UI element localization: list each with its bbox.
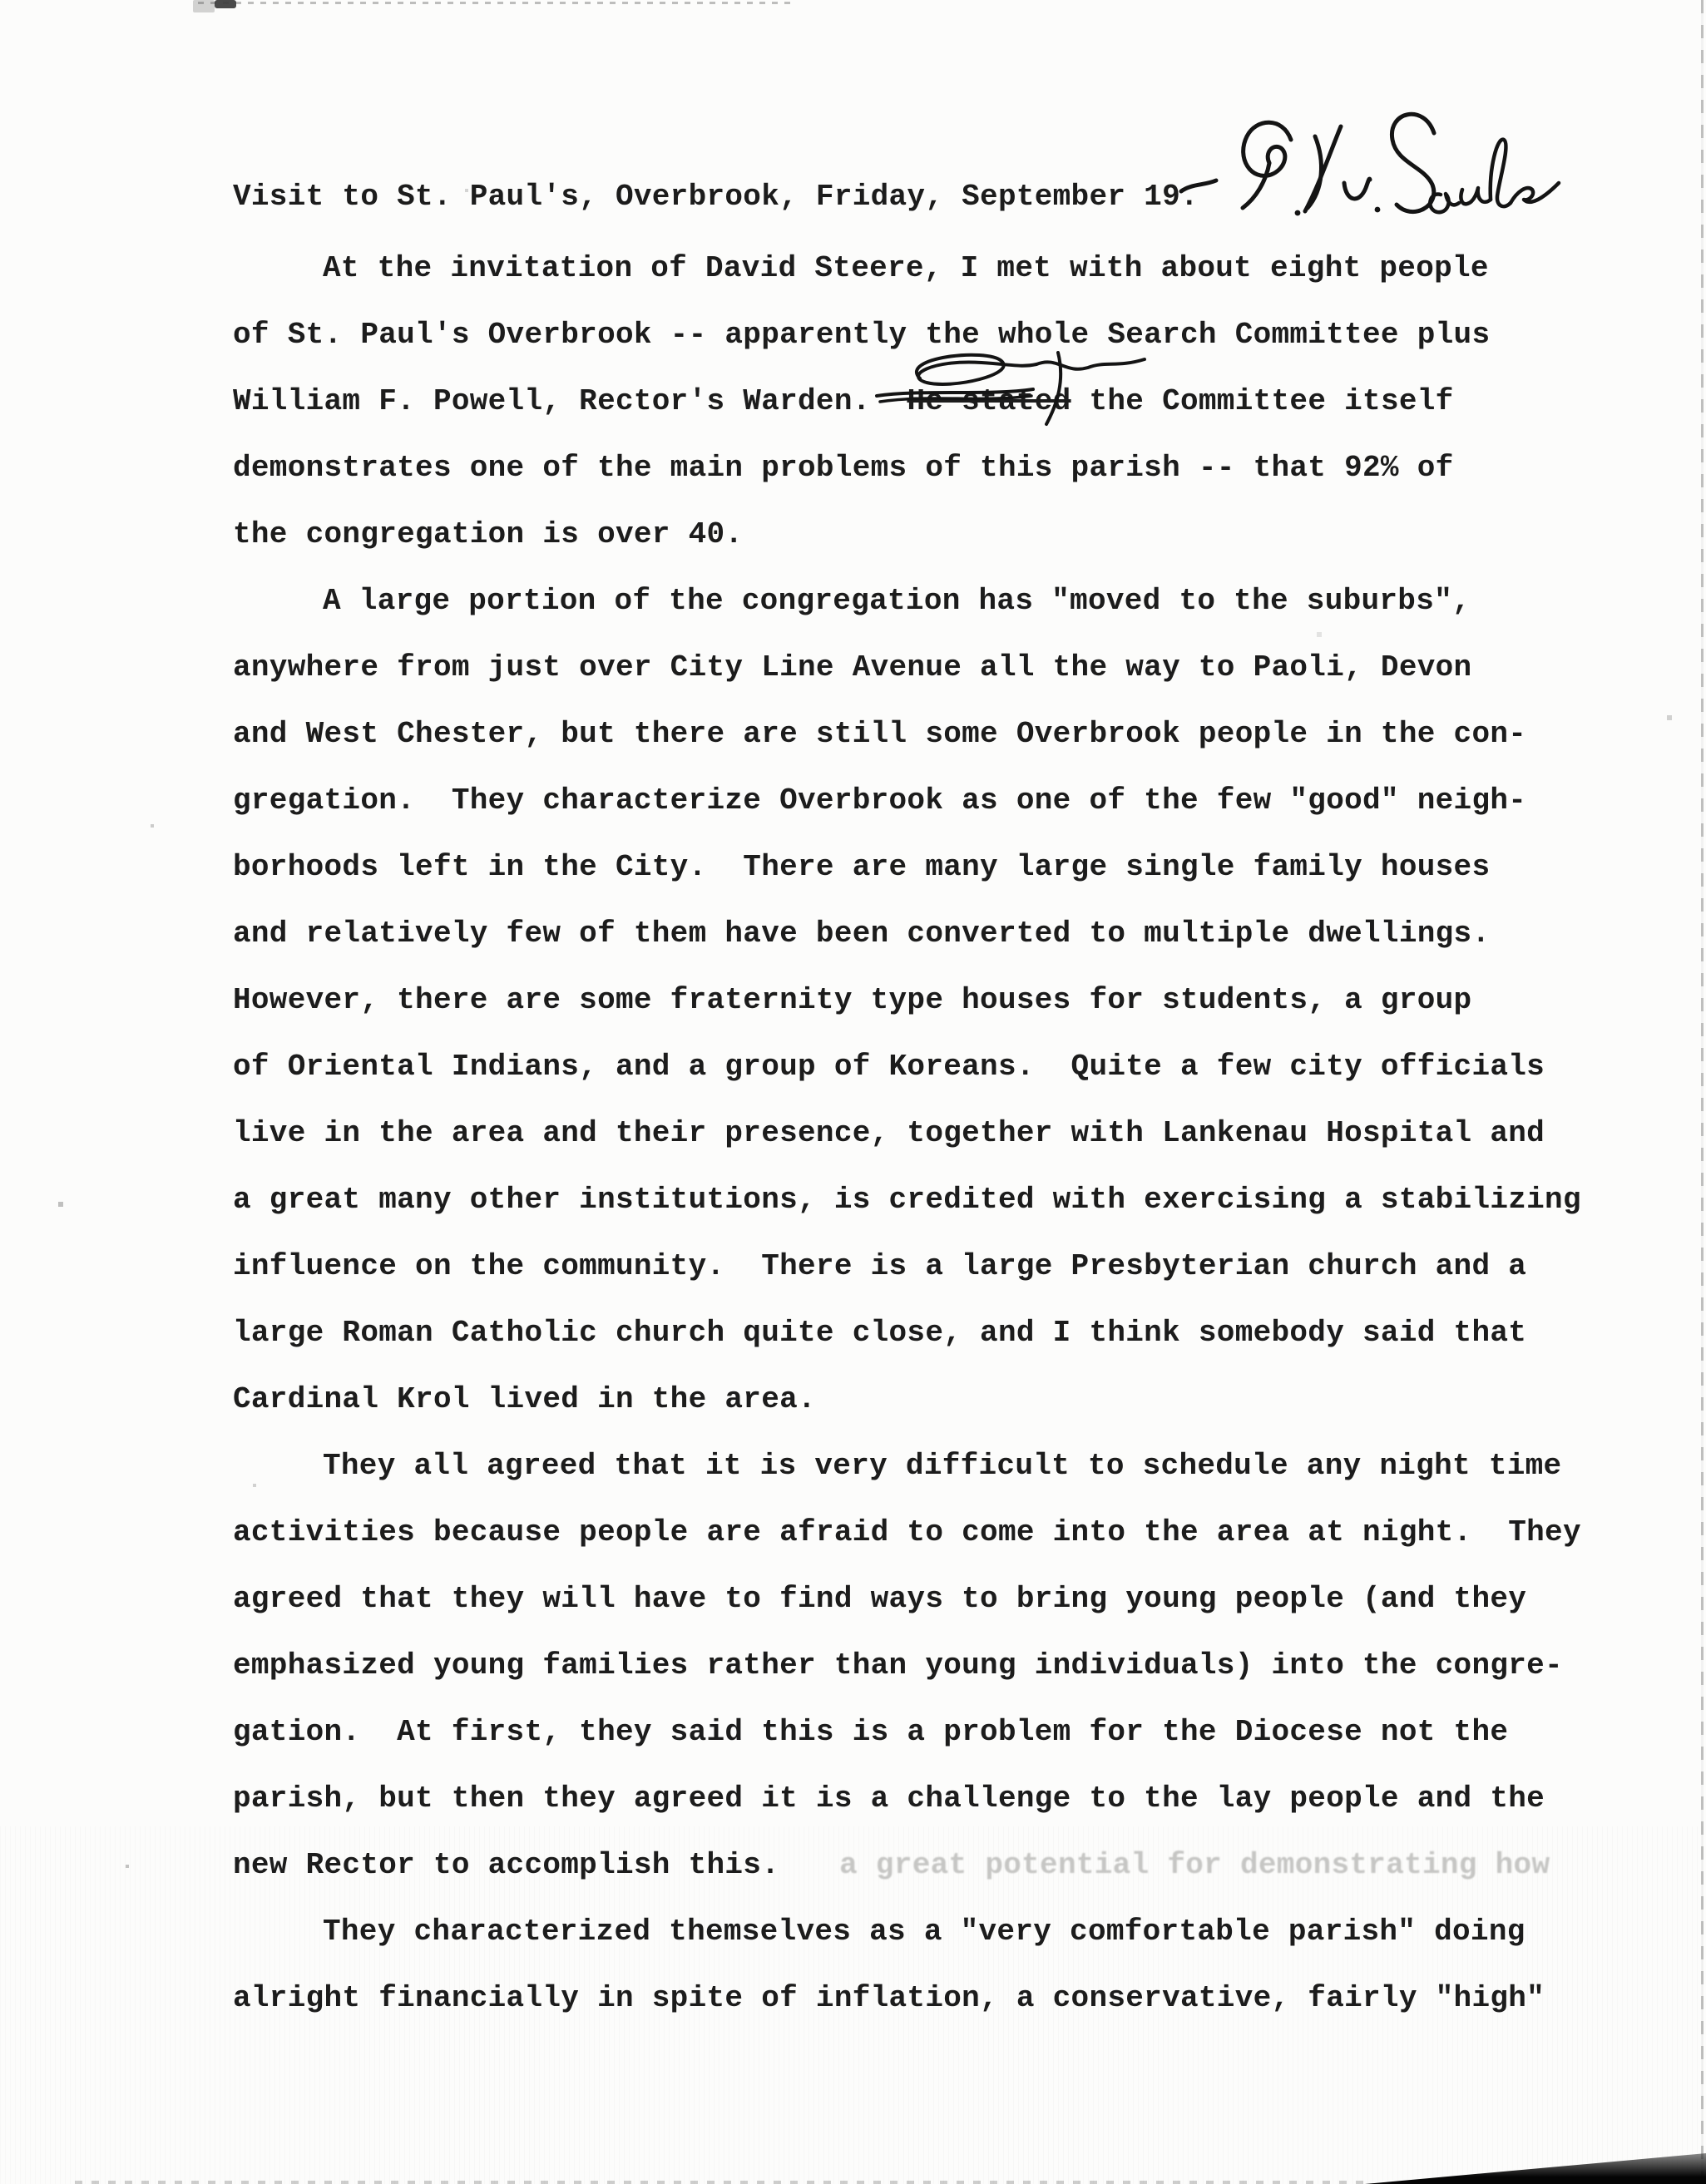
text-line: Cardinal Krol lived in the area. [233, 1366, 1581, 1433]
signature-ink-strokes [1158, 96, 1565, 259]
text-line: and West Chester, but there are still so… [233, 701, 1581, 768]
text-line: live in the area and their presence, tog… [233, 1100, 1581, 1167]
scan-artifact-specks [0, 0, 2, 2]
scan-artifact-right-edge [1701, 0, 1704, 2184]
text-line: borhoods left in the City. There are man… [233, 834, 1581, 901]
scanned-document-page: Visit to St. Paul's, Overbrook, Friday, … [0, 0, 1706, 2184]
scan-artifact-corner-shadow [1365, 2149, 1706, 2184]
text-line: activities because people are afraid to … [233, 1500, 1581, 1566]
text-line: and relatively few of them have been con… [233, 901, 1581, 967]
text-line: emphasized young families rather than yo… [233, 1633, 1581, 1699]
text-line: However, there are some fraternity type … [233, 967, 1581, 1034]
text-line: alright financially in spite of inflatio… [233, 1965, 1581, 2032]
handwritten-correction-scribble [855, 341, 1221, 437]
text-line: gregation. They characterize Overbrook a… [233, 768, 1581, 834]
scribble-ink-strokes [855, 341, 1221, 437]
text-line: of Oriental Indians, and a group of Kore… [233, 1034, 1581, 1100]
text-line: They characterized themselves as a "very… [233, 1899, 1581, 1965]
text-line: agreed that they will have to find ways … [233, 1566, 1581, 1633]
text-line: a great many other institutions, is cred… [233, 1167, 1581, 1233]
ghosted-text-line: new Rector to accomplish this.a great po… [233, 1832, 1581, 1899]
scan-artifact-top-line [198, 2, 790, 4]
text-segment: new Rector to accomplish this. [233, 1848, 779, 1882]
document-body: Visit to St. Paul's, Overbrook, Friday, … [233, 164, 1581, 2032]
text-line: demonstrates one of the main problems of… [233, 435, 1581, 502]
ghost-offset-text: a great potential for demonstrating how [839, 1848, 1550, 1882]
text-line: They all agreed that it is very difficul… [233, 1433, 1581, 1500]
handwritten-signature: G. W. Soule [1158, 96, 1565, 259]
text-segment: William F. Powell, Rector's Warden. [233, 384, 907, 418]
text-line: parish, but then they agreed it is a cha… [233, 1766, 1581, 1832]
scan-artifact-bottom-line [75, 2181, 1372, 2184]
text-line: gation. At first, they said this is a pr… [233, 1699, 1581, 1766]
text-line: large Roman Catholic church quite close,… [233, 1300, 1581, 1366]
text-line: A large portion of the congregation has … [233, 568, 1581, 635]
text-line: influence on the community. There is a l… [233, 1233, 1581, 1300]
text-line: anywhere from just over City Line Avenue… [233, 635, 1581, 701]
text-line: the congregation is over 40. [233, 502, 1581, 568]
